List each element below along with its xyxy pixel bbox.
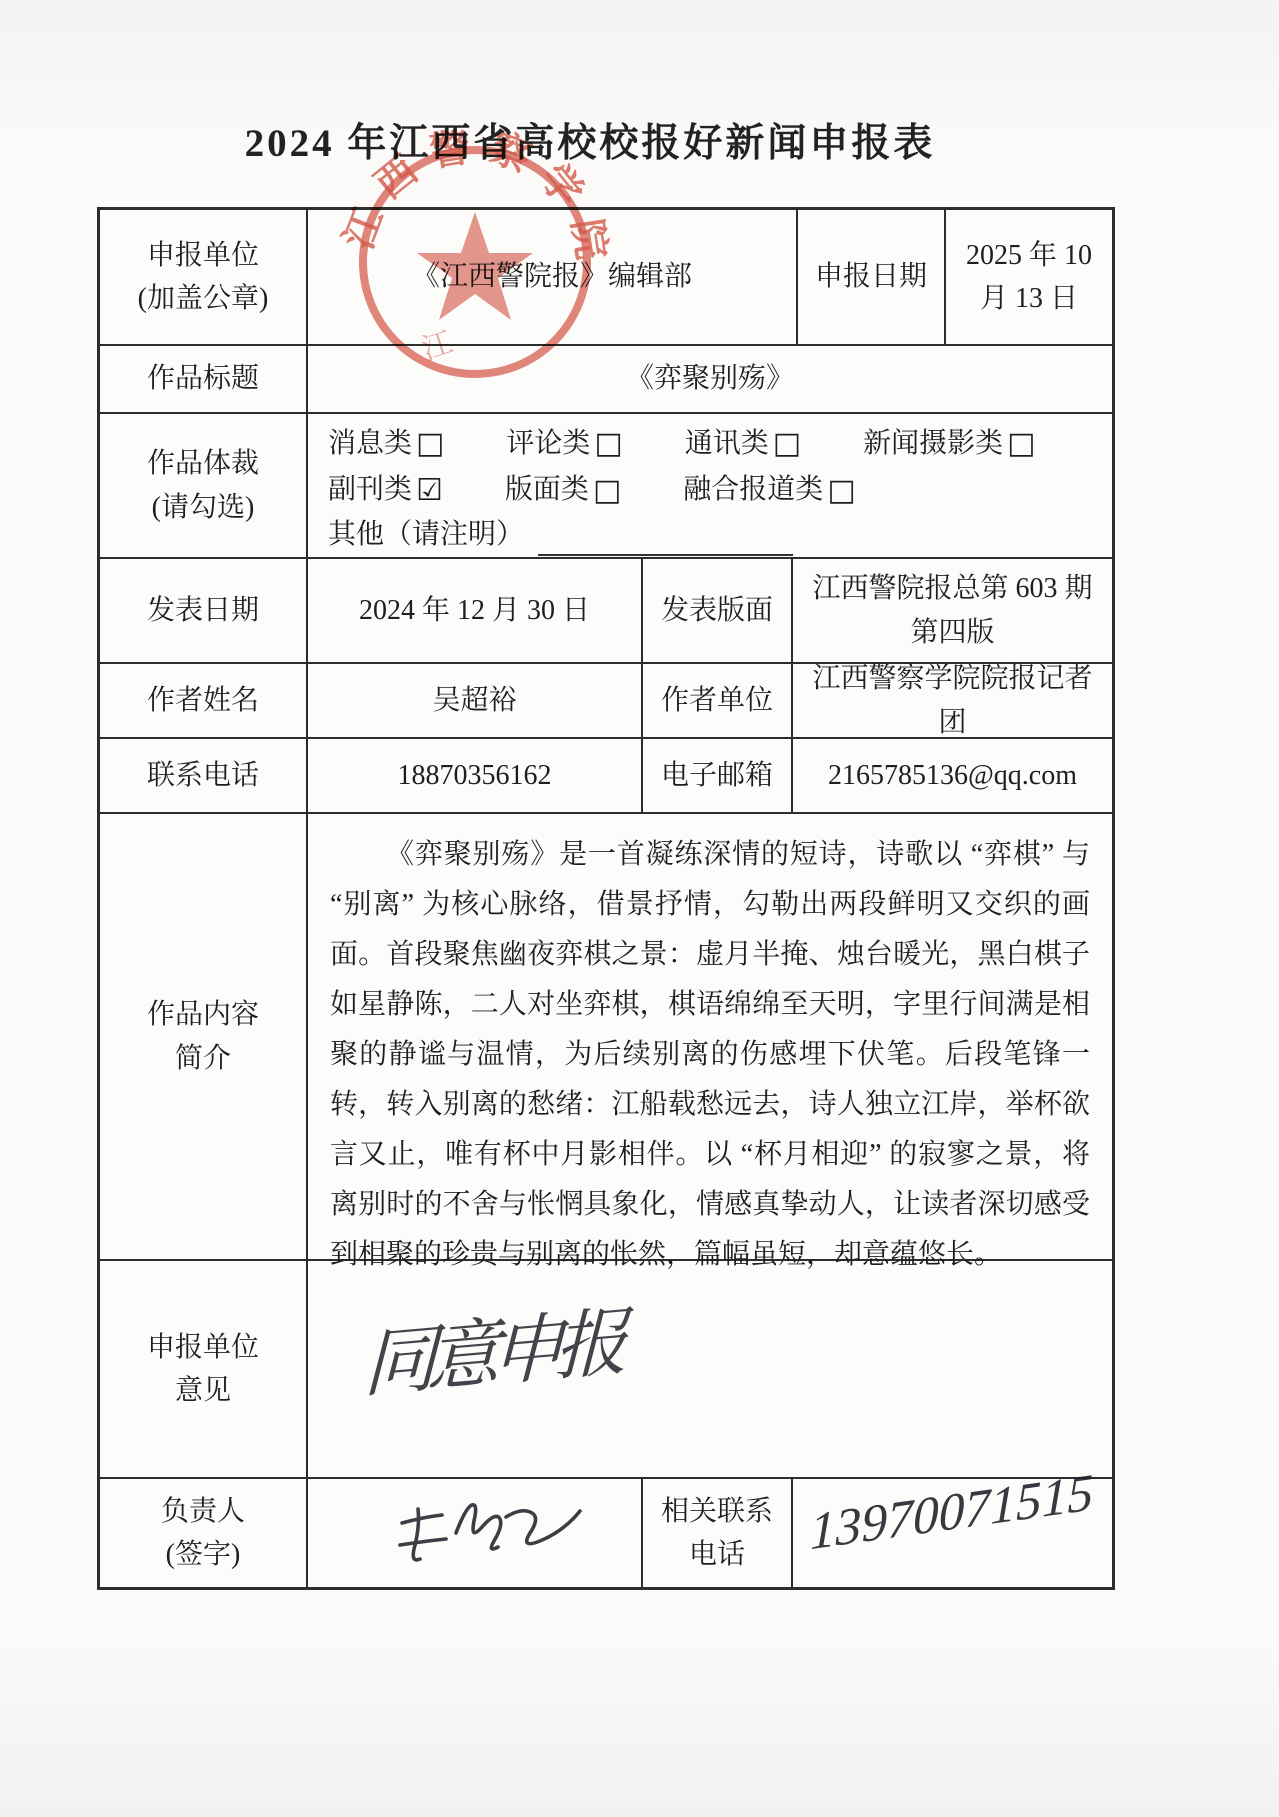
responsible-signature-cell (308, 1479, 643, 1587)
responsible-person-signature (378, 1493, 598, 1573)
genre-options: 消息类 □ 评论类 □ 通讯类 □ 新闻摄影类 □ (308, 414, 1112, 557)
synopsis-paragraph: 《弈聚别殇》是一首凝练深情的短诗，诗歌以 “弈棋” 与 “别离” 为核心脉络，借… (330, 830, 1090, 1280)
page-title: 2024 年江西省高校校报好新闻申报表 (0, 112, 1180, 168)
contact-phone-label: 联系电话 (100, 739, 308, 812)
row-synopsis: 作品内容 简介 《弈聚别殇》是一首凝练深情的短诗，诗歌以 “弈棋” 与 “别离”… (100, 814, 1112, 1261)
work-title-label: 作品标题 (100, 346, 308, 412)
row-declare-unit: 申报单位 (加盖公章) 《江西警院报》编辑部 申报日期 2025 年 10 月 … (100, 210, 1112, 346)
author-unit-value: 江西警察学院院报记者团 (793, 664, 1112, 737)
checkbox-unchecked-icon: □ (416, 421, 444, 468)
genre-line-1: 消息类 □ 评论类 □ 通讯类 □ 新闻摄影类 □ (328, 420, 1036, 467)
row-unit-opinion: 申报单位 意见 同意申报 (100, 1261, 1112, 1479)
unit-opinion-handwriting: 同意申报 (362, 1286, 619, 1424)
responsible-label: 负责人 (签字) (100, 1479, 308, 1587)
related-phone-label: 相关联系 电话 (643, 1479, 793, 1587)
genre-option-layout: 版面类 □ (505, 467, 621, 514)
scanned-form-page: 2024 年江西省高校校报好新闻申报表 申报单位 (加盖公章) 《江西警院报》编… (0, 0, 1279, 1817)
row-publish: 发表日期 2024 年 12 月 30 日 发表版面 江西警院报总第 603 期… (100, 559, 1112, 664)
synopsis-value: 《弈聚别殇》是一首凝练深情的短诗，诗歌以 “弈棋” 与 “别离” 为核心脉络，借… (308, 814, 1112, 1259)
author-name-label: 作者姓名 (100, 664, 308, 737)
row-contact: 联系电话 18870356162 电子邮箱 2165785136@qq.com (100, 739, 1112, 814)
synopsis-label: 作品内容 简介 (100, 814, 308, 1259)
author-name-value: 吴超裕 (308, 664, 643, 737)
unit-opinion-value: 同意申报 (308, 1261, 1112, 1477)
checkbox-unchecked-icon: □ (773, 421, 801, 468)
application-form-table: 申报单位 (加盖公章) 《江西警院报》编辑部 申报日期 2025 年 10 月 … (97, 207, 1115, 1590)
email-label: 电子邮箱 (643, 739, 793, 812)
email-value: 2165785136@qq.com (793, 739, 1112, 812)
genre-option-supplement: 副刊类 ☑ (328, 467, 443, 514)
checkbox-unchecked-icon: □ (594, 421, 622, 468)
unit-opinion-label: 申报单位 意见 (100, 1261, 308, 1477)
declare-date-value: 2025 年 10 月 13 日 (946, 210, 1112, 344)
publish-page-value: 江西警院报总第 603 期第四版 (793, 559, 1112, 662)
genre-other: 其他（请注明） (328, 513, 793, 556)
genre-option-news: 消息类 □ (328, 420, 444, 467)
checkbox-unchecked-icon: □ (593, 468, 621, 515)
genre-other-label: 其他（请注明） (328, 513, 524, 556)
declare-date-label: 申报日期 (798, 210, 946, 344)
genre-option-photography: 新闻摄影类 □ (863, 420, 1035, 467)
genre-option-comment: 评论类 □ (506, 420, 622, 467)
genre-other-blank-field (538, 524, 793, 556)
checkbox-unchecked-icon: □ (827, 468, 855, 515)
declare-unit-label: 申报单位 (加盖公章) (100, 210, 308, 344)
publish-date-label: 发表日期 (100, 559, 308, 662)
checkbox-unchecked-icon: □ (1007, 421, 1035, 468)
publish-page-label: 发表版面 (643, 559, 793, 662)
checkbox-checked-icon: ☑ (416, 468, 443, 515)
genre-label: 作品体裁 (请勾选) (100, 414, 308, 557)
genre-option-communication: 通讯类 □ (685, 420, 801, 467)
genre-line-2: 副刊类 ☑ 版面类 □ 融合报道类 □ (328, 467, 856, 514)
row-work-title: 作品标题 《弈聚别殇》 (100, 346, 1112, 414)
row-genre: 作品体裁 (请勾选) 消息类 □ 评论类 □ 通讯类 □ (100, 414, 1112, 559)
declare-unit-value: 《江西警院报》编辑部 (308, 210, 798, 344)
row-author: 作者姓名 吴超裕 作者单位 江西警察学院院报记者团 (100, 664, 1112, 739)
contact-phone-value: 18870356162 (308, 739, 643, 812)
row-signature: 负责人 (签字) 相关联系 电话 13970071515 (100, 1479, 1112, 1587)
work-title-value: 《弈聚别殇》 (308, 346, 1112, 412)
publish-date-value: 2024 年 12 月 30 日 (308, 559, 643, 662)
author-unit-label: 作者单位 (643, 664, 793, 737)
related-phone-value: 13970071515 (793, 1479, 1112, 1587)
genre-option-converged: 融合报道类 □ (683, 467, 855, 514)
